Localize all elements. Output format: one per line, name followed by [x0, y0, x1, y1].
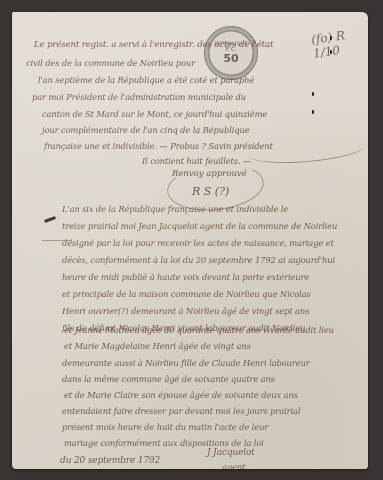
- act-line: et principale de la maison commune de No…: [62, 289, 311, 299]
- act-line: et Jeanne Mathieu âgée de quarante quatr…: [64, 325, 334, 335]
- act-line: heure de midi publié à haute voix devant…: [62, 272, 309, 282]
- act-line: mariage conformément aux dispositions de…: [64, 438, 264, 448]
- binding-hole: [312, 110, 314, 114]
- certification-line: française une et indivisible. — Probus ?…: [44, 141, 273, 151]
- certification-line: canton de St Mard sur le Mont, ce jourd'…: [42, 109, 267, 119]
- approval-initials: R S (?): [192, 185, 229, 198]
- document-page: REPUBLIQUE F. C. 50 (fo) R 1/10 Le prése…: [12, 12, 368, 469]
- act-line: demeurante aussi à Noirlieu fille de Cla…: [62, 358, 310, 368]
- act-line: du 20 septembre 1792: [60, 456, 160, 466]
- margin-mark: [44, 216, 56, 223]
- binding-hole: [330, 36, 332, 40]
- signature-name: J Jacquelot: [207, 448, 255, 458]
- act-line: et de Marie Claire son épouse âgée de so…: [64, 390, 298, 400]
- certification-line: jour complémentaire de l'an cinq de la R…: [42, 125, 250, 135]
- folio-mark: (fo) R 1/10: [310, 25, 368, 61]
- certification-line: par moi Président de l'administration mu…: [32, 92, 246, 102]
- act-line: entendaient faire dresser par devant moi…: [62, 406, 300, 416]
- certification-line: civil des de la commune de Noirlieu pour: [26, 58, 195, 68]
- act-line: et Marie Magdelaine Henri âgée de vingt …: [64, 341, 251, 351]
- act-line: L'an six de la République française une …: [62, 204, 288, 214]
- stamp-value: 50: [223, 53, 238, 64]
- act-line: dans la même commune âgé de soixante qua…: [62, 374, 275, 384]
- certification-line: l'an septième de la République a été cot…: [38, 75, 254, 85]
- approval-text: Renvoy approuvé: [172, 169, 247, 179]
- act-line: treize prairial moi Jean Jacquelot agent…: [62, 221, 337, 231]
- certification-line: Le présent regist. a servi à l'enregistr…: [34, 40, 273, 50]
- act-line: présent mois heure de huit du matin l'ac…: [62, 422, 268, 432]
- tax-stamp: REPUBLIQUE F. C. 50: [204, 26, 258, 80]
- signature-flourish: [246, 132, 368, 167]
- signature-title: agent: [222, 462, 245, 469]
- binding-hole: [312, 92, 314, 96]
- act-line: décès, conformément à la loi du 20 septe…: [62, 255, 335, 265]
- act-line: Henri ouvrier(?) demeurant à Noirlieu âg…: [62, 306, 309, 316]
- act-line: désigné par la loi pour recevoir les act…: [62, 238, 334, 248]
- binding-hole: [330, 50, 332, 54]
